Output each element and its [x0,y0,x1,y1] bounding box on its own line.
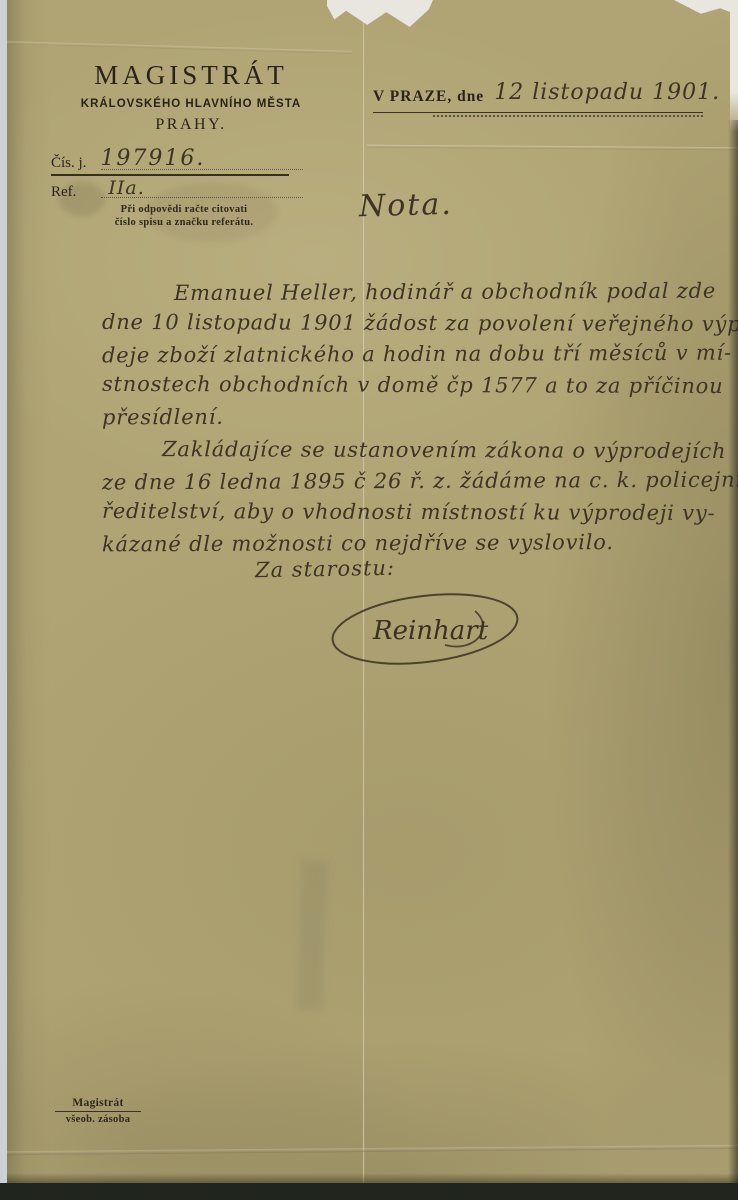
scanner-background: MAGISTRÁT KRÁLOVSKÉHO HLAVNÍHO MĚSTA PRA… [0,0,738,1200]
citation-instruction-line1: Při odpovědi račte citovati [77,203,291,216]
scanner-edge-left [0,0,7,1183]
letterhead-title: MAGISTRÁT [62,60,320,91]
referent-row: Ref. IIa. [51,179,303,201]
body-line: Emanuel Heller, hodinář a obchodník poda… [102,276,730,310]
body-line: dne 10 listopadu 1901 žádost za povolení… [102,307,730,340]
body-line: stnostech obchodních v domě čp 1577 a to… [102,369,730,402]
letterhead-subtitle: KRÁLOVSKÉHO HLAVNÍHO MĚSTA [62,98,320,110]
diagonal-crease-top-left [7,41,352,54]
scanner-edge-right [730,0,738,132]
closing-label: Za starostu: [255,556,395,582]
referent-value: IIa. [108,177,144,199]
body-line: kázané dle možnosti co nejdříve se vyslo… [102,527,730,561]
paper-edge-shadow-bottom [7,1173,738,1183]
letterhead-city: PRAHY. [62,116,320,134]
horizontal-crease-bottom [7,1145,738,1155]
paper-edge-shadow-right [728,120,738,1183]
dotted-rule [101,197,303,198]
citation-instruction: Při odpovědi račte citovati číslo spisu … [77,203,291,229]
footer-stamp-line2: všeob. zásoba [55,1112,141,1125]
dotted-rule [101,169,303,170]
horizontal-crease-top [367,145,738,151]
letterhead: MAGISTRÁT KRÁLOVSKÉHO HLAVNÍHO MĚSTA PRA… [62,60,320,134]
scanner-edge-bottom [0,1183,738,1200]
body-line: přesídlení. [102,400,730,434]
dateline: V PRAZE, dne 12 listopadu 1901. [373,82,703,113]
solid-rule [51,174,289,176]
citation-instruction-line2: číslo spisu a značku referátu. [77,216,291,229]
ink-bleedthrough [296,860,327,1011]
letter-body: Emanuel Heller, hodinář a obchodník poda… [102,277,730,559]
file-number-value: 197916. [100,146,205,171]
signature: Reinhart [325,583,525,671]
dateline-printed: V PRAZE, dne [373,88,484,105]
file-number-row: Čís. j. 197916. [51,148,303,173]
footer-stamp-line1: Magistrát [55,1097,141,1112]
footer-stamp: Magistrát všeob. zásoba [55,1097,141,1125]
document-paper: MAGISTRÁT KRÁLOVSKÉHO HLAVNÍHO MĚSTA PRA… [7,0,738,1183]
reference-block: Čís. j. 197916. Ref. IIa. [51,148,303,201]
signature-flourish: Reinhart [325,583,525,671]
referent-label: Ref. [51,184,76,200]
dateline-handwritten: 12 listopadu 1901. [494,80,720,105]
file-number-label: Čís. j. [51,155,86,171]
document-heading: Nota. [359,187,454,224]
signature-name: Reinhart [372,616,489,646]
body-line: Zakládajíce se ustanovením zákona o výpr… [102,434,730,467]
body-line: deje zboží zlatnického a hodin na dobu t… [102,338,730,372]
body-line: ze dne 16 ledna 1895 č 26 ř. z. žádáme n… [102,465,730,499]
body-line: ředitelství, aby o vhodnosti místností k… [102,496,730,529]
